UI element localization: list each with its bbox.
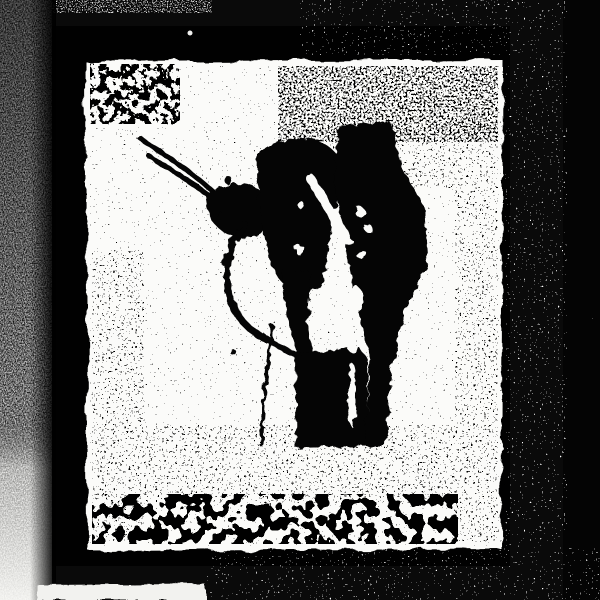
figure-white-hole	[364, 224, 372, 232]
paper-noise-lower-band	[92, 425, 498, 503]
figure-white-streak	[348, 363, 356, 427]
frame-noise-top-right	[300, 0, 560, 55]
figure-speck	[230, 349, 236, 355]
paper-tab-shape	[37, 584, 205, 600]
figure-white-hole	[355, 207, 365, 217]
paper-noise-topleft-cluster	[90, 64, 180, 124]
figure-white-hole	[348, 335, 356, 353]
stray-white-dot	[188, 31, 193, 36]
figure-white-hole	[295, 245, 305, 255]
figure-white-hole	[356, 249, 366, 259]
frame-noise-right-column	[505, 0, 567, 572]
paper-corner-tab	[37, 584, 205, 600]
frame-noise-bottom	[205, 548, 600, 600]
figure-white-hole	[351, 287, 363, 313]
paper-noise-bottom-blobs	[92, 494, 458, 544]
figure-speck	[216, 211, 222, 217]
grain-right-fade	[30, 0, 56, 600]
figure-white-hole	[299, 203, 306, 210]
figure-lower-column	[295, 348, 368, 448]
figure-speck	[224, 176, 232, 184]
left-edge-grain	[0, 0, 56, 600]
artwork-canvas	[0, 0, 600, 600]
photocopy-scan	[0, 0, 600, 600]
